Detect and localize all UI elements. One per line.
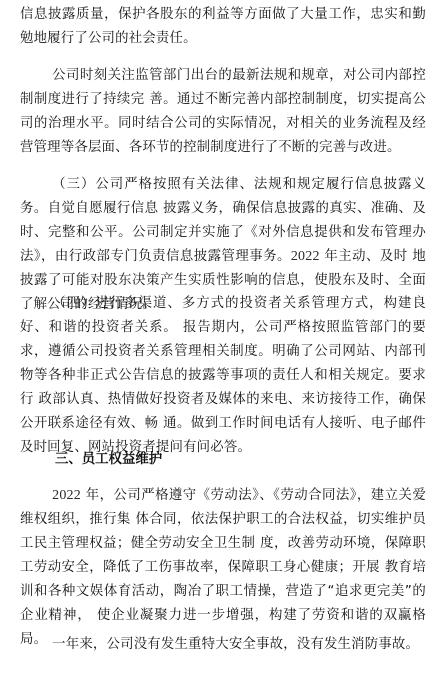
paragraph-internal-control: 公司时刻关注监管部门出台的最新法规和规章，对公司内部控制制度进行了持续完 善。通… <box>20 64 426 160</box>
year-number: 2022 <box>291 249 320 264</box>
paragraph-text: 进行多渠道、多方式的投资者关系管理方式，构建良好、和谐的投资者关系。 报告期内，… <box>20 296 426 455</box>
paragraph-employee-rights: 2022 年，公司严格遵守《劳动法》、《劳动合同法》，建立关爱维权组织，推行集 … <box>20 484 426 652</box>
paragraph-text: 年，公司严格遵守《劳动法》、《劳动合同法》，建立关爱维权组织，推行集 体合同，依… <box>20 488 426 647</box>
year-number: 2022 <box>52 488 81 503</box>
list-marker: （三） <box>52 177 95 192</box>
paragraph-social-responsibility: 信息披露质量，保护各股东的利益等方面做了大量工作，忠实和勤勉地履行了公司的社会责… <box>20 3 426 51</box>
paragraph-text: 信息披露质量，保护各股东的利益等方面做了大量工作，忠实和勤勉地履行了公司的社会责… <box>20 7 426 46</box>
paragraph-safety-record: 一年来，公司没有发生重特大安全事故，没有发生消防事故。 <box>20 633 426 657</box>
paragraph-text: 一年来，公司没有发生重特大安全事故，没有发生消防事故。 <box>52 637 419 652</box>
paragraph-text: 公司时刻关注监管部门出台的最新法规和规章，对公司内部控制制度进行了持续完 善。通… <box>20 68 426 155</box>
paragraph-investor-relations: （四）进行多渠道、多方式的投资者关系管理方式，构建良好、和谐的投资者关系。 报告… <box>20 292 426 460</box>
list-marker: （四） <box>52 296 95 311</box>
section-heading: 三、员工权益维护 <box>55 448 162 472</box>
document-page: 信息披露质量，保护各股东的利益等方面做了大量工作，忠实和勤勉地履行了公司的社会责… <box>0 0 445 676</box>
